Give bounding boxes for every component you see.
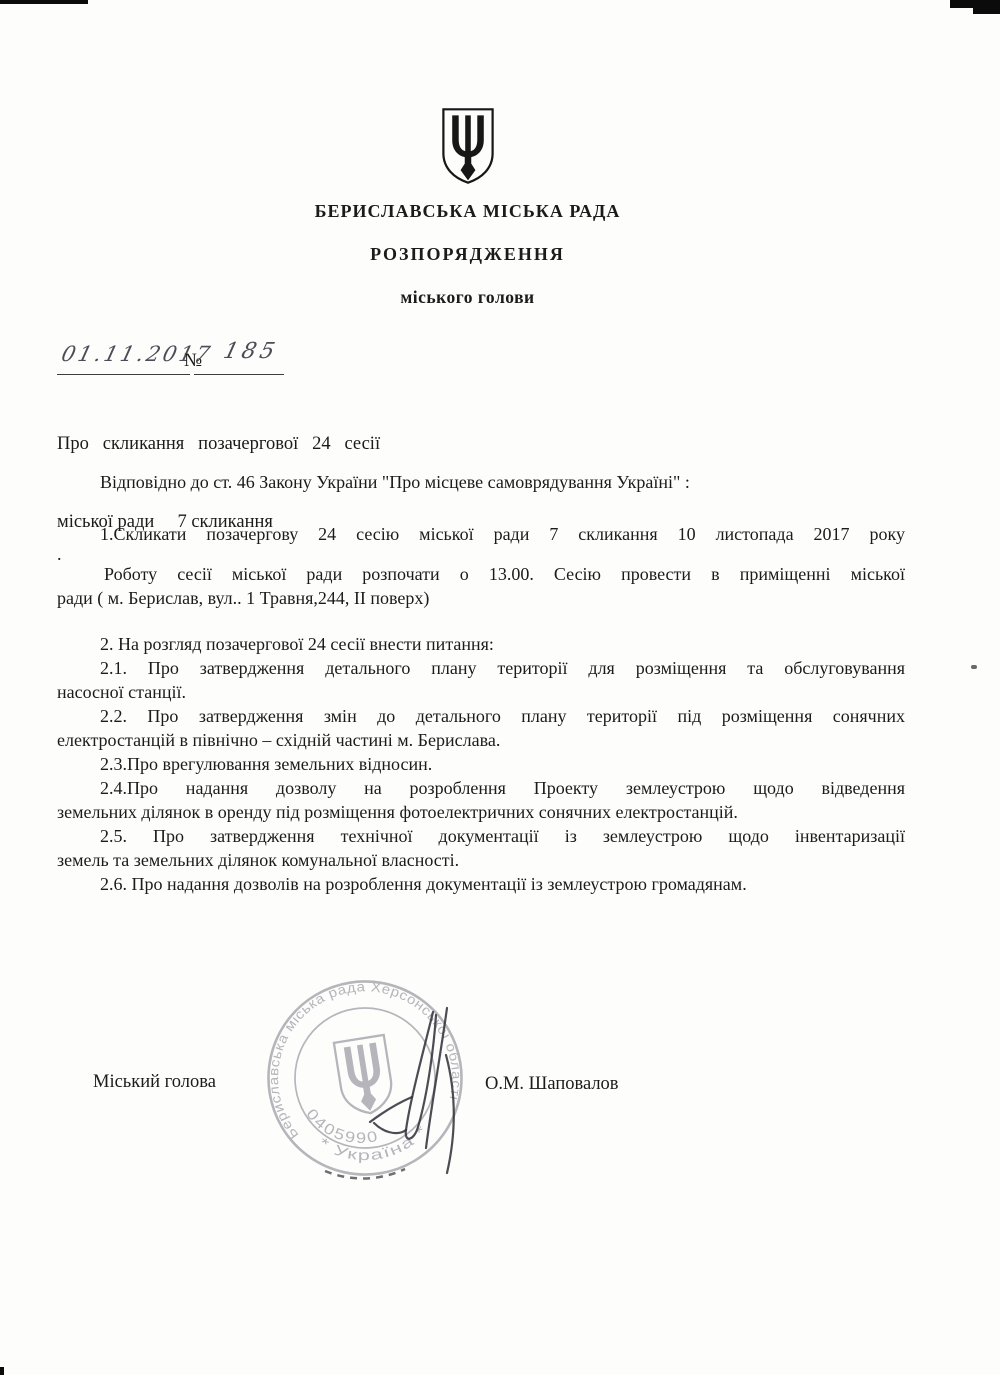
body-text: Відповідно до ст. 46 Закону України "Про…	[57, 470, 905, 896]
doc-subtitle: міського голови	[95, 287, 840, 308]
document-line: ради ( м. Берислав, вул.. 1 Травня,244, …	[57, 586, 905, 610]
document-line: земель та земельних ділянок комунальної …	[57, 848, 905, 872]
document-line: Роботу сесії міської ради розпочати о 13…	[57, 562, 905, 586]
document-line: 2.4.Про надання дозволу на розроблення П…	[57, 776, 905, 800]
document-line: .	[57, 546, 905, 562]
document-line: насосної станції.	[57, 680, 905, 704]
number-sign: №	[184, 350, 202, 372]
document-page: БЕРИСЛАВСЬКА МІСЬКА РАДА РОЗПОРЯДЖЕННЯ м…	[0, 0, 1000, 1375]
handwritten-number: 185	[221, 339, 281, 364]
document-line: 2.3.Про врегулювання земельних відносин.	[57, 752, 905, 776]
handwritten-signature-icon	[330, 985, 510, 1185]
document-line: 2.1. Про затвердження детального плану т…	[57, 656, 905, 680]
number-underline	[194, 374, 284, 375]
signature-label: Міський голова	[93, 1072, 216, 1093]
ukraine-trident-icon	[440, 107, 496, 185]
document-line: Відповідно до ст. 46 Закону України "Про…	[57, 470, 905, 494]
document-line: 2.6. Про надання дозволів на розроблення…	[57, 872, 905, 896]
doc-type-title: РОЗПОРЯДЖЕННЯ	[95, 244, 840, 265]
document-line: 1.Скликати позачергову 24 сесію міської …	[57, 522, 905, 546]
org-name: БЕРИСЛАВСЬКА МІСЬКА РАДА	[95, 201, 840, 222]
scan-artifact	[0, 1367, 4, 1375]
document-line: 2.2. Про затвердження змін до детального…	[57, 704, 905, 728]
scan-artifact	[973, 8, 1000, 14]
document-line: 2.5. Про затвердження технічної документ…	[57, 824, 905, 848]
scan-artifact	[0, 0, 88, 4]
document-line: земельних ділянок в оренду під розміщенн…	[57, 800, 905, 824]
subject-line: Про скликання позачергової 24 сесії	[57, 431, 519, 457]
scan-artifact	[950, 0, 1000, 8]
scan-artifact	[971, 665, 977, 669]
document-line: 2. На розгляд позачергової 24 сесії внес…	[57, 632, 905, 656]
date-underline	[57, 374, 190, 375]
document-line: електростанцій в північно – східній част…	[57, 728, 905, 752]
